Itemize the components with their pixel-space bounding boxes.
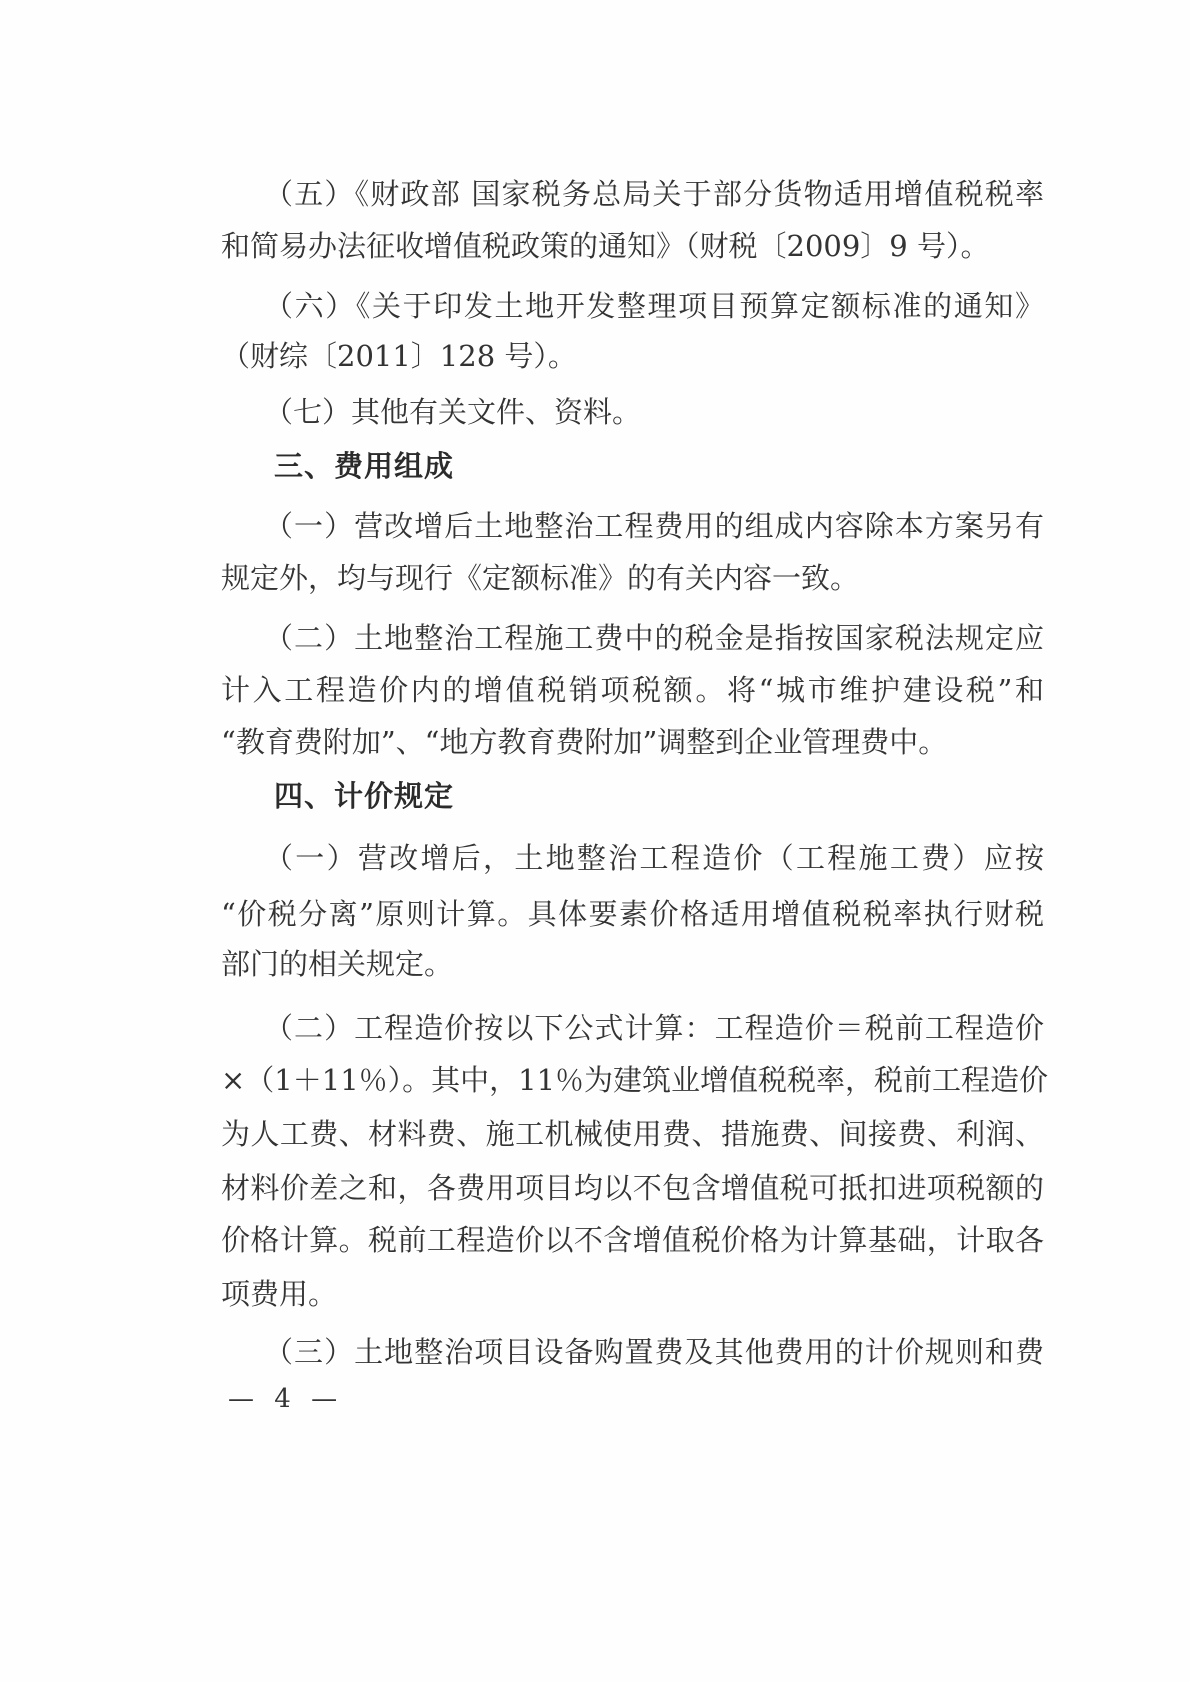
paragraph-line: （七）其他有关文件、资料。: [264, 394, 664, 430]
paragraph-line: （五）《财政部 国家税务总局关于部分货物适用增值税税率: [264, 176, 1044, 212]
paragraph-line: 价格计算。税前工程造价以不含增值税价格为计算基础，计取各: [221, 1222, 1044, 1258]
paragraph-line: 材料价差之和，各费用项目均以不包含增值税可抵扣进项税额的: [221, 1170, 1044, 1206]
paragraph-line: 为人工费、材料费、施工机械使用费、措施费、间接费、利润、: [221, 1116, 1044, 1152]
paragraph-line: “价税分离”原则计算。具体要素价格适用增值税税率执行财税: [221, 896, 1044, 932]
paragraph-line: （一）营改增后，土地整治工程造价（工程施工费）应按: [264, 840, 1044, 876]
document-page: （五）《财政部 国家税务总局关于部分货物适用增值税税率 和简易办法征收增值税政策…: [0, 0, 1190, 1682]
section-heading: 三、费用组成: [274, 448, 454, 484]
paragraph-line: （二）土地整治工程施工费中的税金是指按国家税法规定应: [264, 620, 1044, 656]
paragraph-line: （财综〔2011〕128 号）。: [221, 338, 621, 374]
paragraph-line: ×（1＋11％）。其中，11％为建筑业增值税税率，税前工程造价: [221, 1062, 1044, 1098]
paragraph-line: （三）土地整治项目设备购置费及其他费用的计价规则和费: [264, 1334, 1044, 1370]
paragraph-line: 部门的相关规定。: [221, 946, 521, 982]
paragraph-line: 计入工程造价内的增值税销项税额。将“城市维护建设税”和: [221, 672, 1044, 708]
page-number: — 4 —: [228, 1384, 343, 1414]
paragraph-line: （六）《关于印发土地开发整理项目预算定额标准的通知》: [264, 288, 1044, 324]
paragraph-line: （二）工程造价按以下公式计算：工程造价＝税前工程造价: [264, 1010, 1044, 1046]
paragraph-line: 和简易办法征收增值税政策的通知》（财税〔2009〕9 号）。: [221, 228, 981, 264]
paragraph-line: “教育费附加”、“地方教育费附加”调整到企业管理费中。: [221, 724, 981, 760]
paragraph-line: 项费用。: [221, 1276, 421, 1312]
paragraph-line: （一）营改增后土地整治工程费用的组成内容除本方案另有: [264, 508, 1044, 544]
section-heading: 四、计价规定: [274, 778, 454, 814]
paragraph-line: 规定外，均与现行《定额标准》的有关内容一致。: [221, 560, 861, 596]
